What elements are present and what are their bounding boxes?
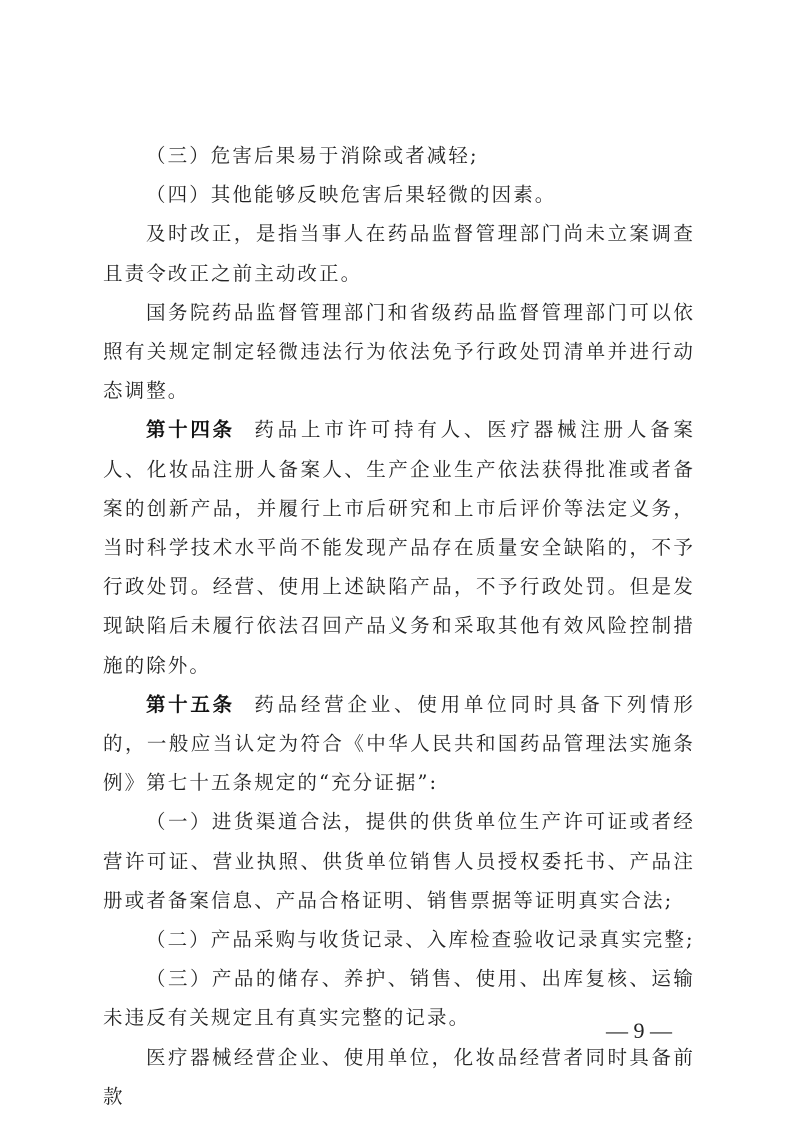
paragraph-timely-correction: 及时改正，是指当事人在药品监督管理部门尚未立案调查且责令改正之前主动改正。 [103,214,695,292]
article-heading: 第十四条 [146,418,235,441]
paragraph-text: 医疗器械经营企业、使用单位，化妆品经营者同时具备前款 [103,1046,695,1108]
paragraph-item-4: （四）其他能够反映危害后果轻微的因素。 [103,175,695,214]
article-heading: 第十五条 [146,693,235,716]
paragraph-item-2: （二）产品采购与收货记录、入库检查验收记录真实完整; [103,920,695,959]
document-body: （三）危害后果易于消除或者减轻; （四）其他能够反映危害后果轻微的因素。 及时改… [103,136,695,1116]
paragraph-item-1: （一）进货渠道合法，提供的供货单位生产许可证或者经营许可证、营业执照、供货单位销… [103,802,695,920]
paragraph-text: （一）进货渠道合法，提供的供货单位生产许可证或者经营许可证、营业执照、供货单位销… [103,810,695,911]
paragraph-text: （三）危害后果易于消除或者减轻; [146,144,479,167]
paragraph-text: 及时改正，是指当事人在药品监督管理部门尚未立案调查且责令改正之前主动改正。 [103,222,695,284]
paragraph-medical-device: 医疗器械经营企业、使用单位，化妆品经营者同时具备前款 [103,1038,695,1116]
paragraph-text: 药品上市许可持有人、医疗器械注册人备案人、化妆品注册人备案人、生产企业生产依法获… [103,418,695,676]
paragraph-text: （二）产品采购与收货记录、入库检查验收记录真实完整; [146,928,695,951]
paragraph-text: 国务院药品监督管理部门和省级药品监督管理部门可以依照有关规定制定轻微违法行为依法… [103,301,695,402]
article-15: 第十五条药品经营企业、使用单位同时具备下列情形的，一般应当认定为符合《中华人民共… [103,685,695,803]
page-number: — 9 — [606,1018,672,1044]
paragraph-exemption-list: 国务院药品监督管理部门和省级药品监督管理部门可以依照有关规定制定轻微违法行为依法… [103,293,695,411]
document-page: （三）危害后果易于消除或者减轻; （四）其他能够反映危害后果轻微的因素。 及时改… [0,0,793,1122]
paragraph-item-3: （三）危害后果易于消除或者减轻; [103,136,695,175]
article-14: 第十四条药品上市许可持有人、医疗器械注册人备案人、化妆品注册人备案人、生产企业生… [103,410,695,684]
paragraph-text: （四）其他能够反映危害后果轻微的因素。 [146,183,556,206]
